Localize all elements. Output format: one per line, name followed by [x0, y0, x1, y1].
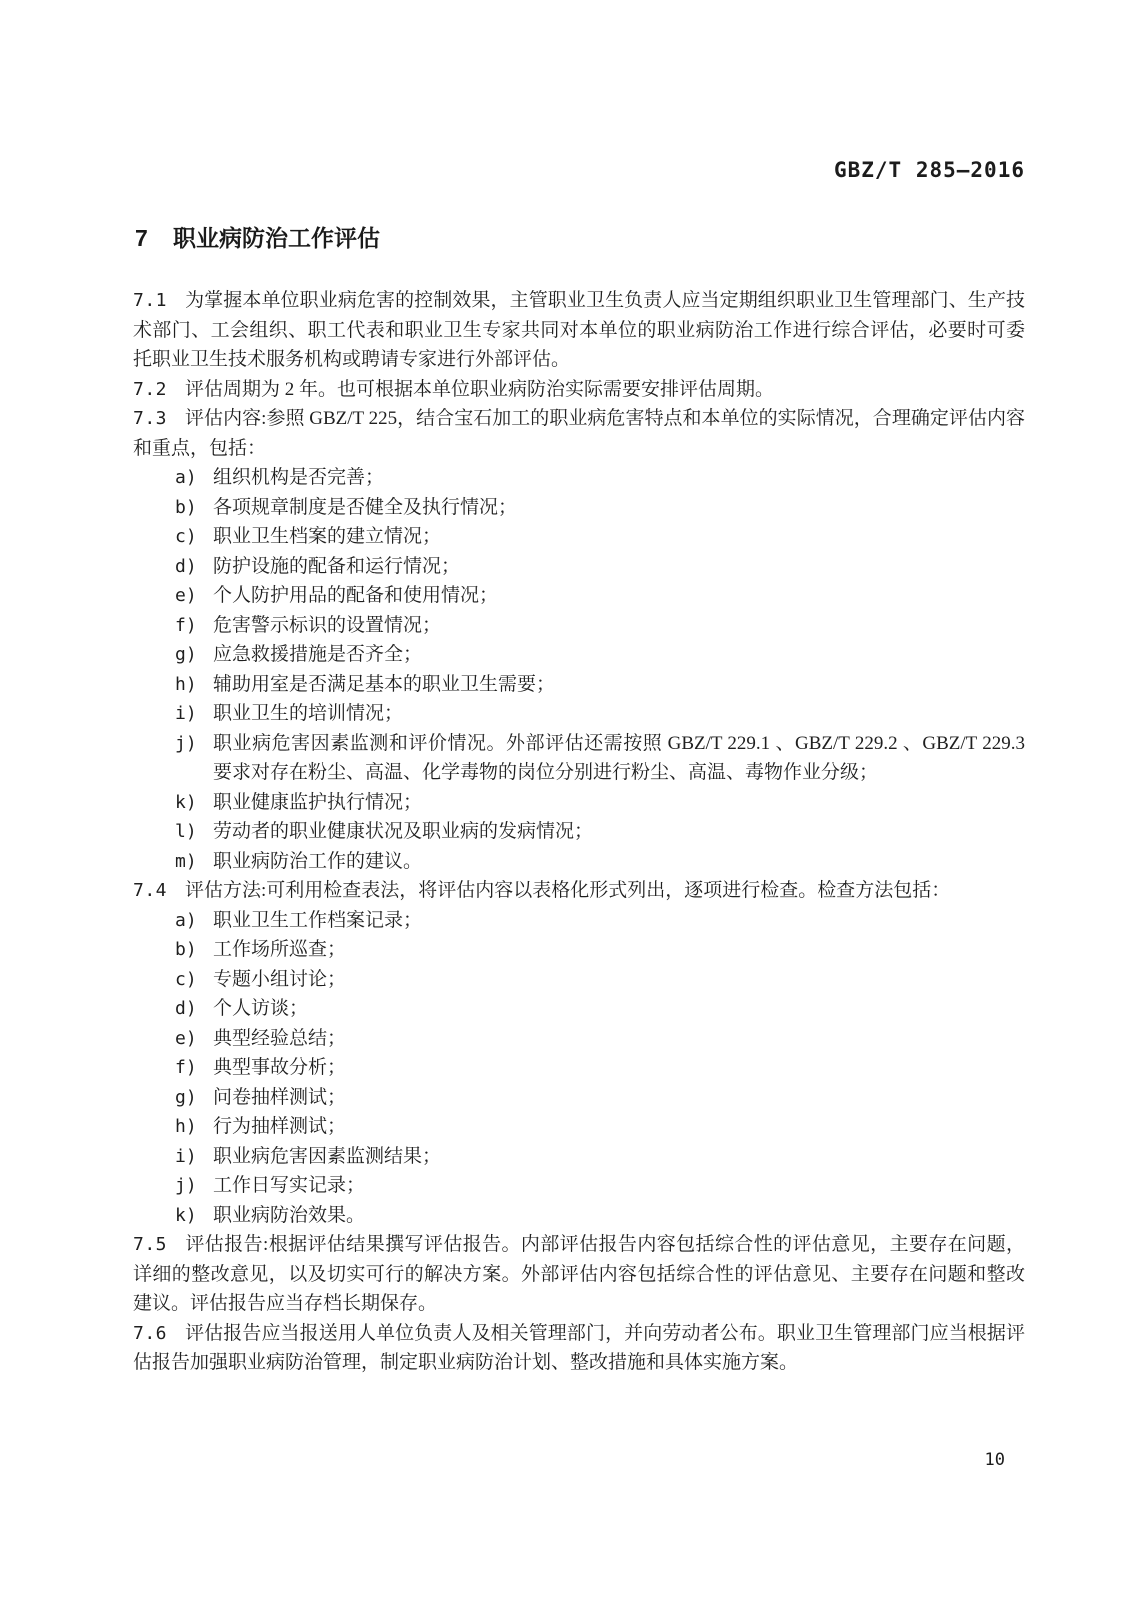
clause-7-5: 7.5评估报告:根据评估结果撰写评估报告。内部评估报告内容包括综合性的评估意见，…	[133, 1230, 1025, 1319]
clause-text: 为掌握本单位职业病危害的控制效果，主管职业卫生负责人应当定期组织职业卫生管理部门…	[133, 290, 1025, 370]
clause-number: 7.1	[133, 286, 185, 316]
list-item: d)个人访谈；	[133, 994, 1025, 1024]
list-item-text: 职业健康监护执行情况；	[213, 792, 422, 813]
list-item: b)各项规章制度是否健全及执行情况；	[133, 493, 1025, 523]
list-item-letter: d)	[175, 552, 197, 582]
list-item-letter: a)	[175, 906, 197, 936]
list-item-text: 职业卫生工作档案记录；	[213, 910, 422, 931]
list-item-letter: k)	[175, 788, 197, 818]
list-item-text: 职业卫生档案的建立情况；	[213, 526, 441, 547]
list-item: g)应急救援措施是否齐全；	[133, 640, 1025, 670]
clause-7-1: 7.1为掌握本单位职业病危害的控制效果，主管职业卫生负责人应当定期组织职业卫生管…	[133, 286, 1025, 375]
list-item: j)职业病危害因素监测和评价情况。外部评估还需按照 GBZ/T 229.1 、G…	[133, 729, 1025, 788]
list-item-letter: h)	[175, 670, 197, 700]
list-item: h)行为抽样测试；	[133, 1112, 1025, 1142]
list-item: l)劳动者的职业健康状况及职业病的发病情况；	[133, 817, 1025, 847]
clause-7-6: 7.6评估报告应当报送用人单位负责人及相关管理部门，并向劳动者公布。职业卫生管理…	[133, 1319, 1025, 1378]
list-item: h)辅助用室是否满足基本的职业卫生需要；	[133, 670, 1025, 700]
list-item-text: 应急救援措施是否齐全；	[213, 644, 422, 665]
section-heading: 7职业病防治工作评估	[135, 220, 380, 253]
list-item: a)职业卫生工作档案记录；	[133, 906, 1025, 936]
list-item-text: 职业病危害因素监测和评价情况。外部评估还需按照 GBZ/T 229.1 、GBZ…	[213, 733, 1025, 784]
list-item-letter: l)	[175, 817, 197, 847]
list-item-letter: d)	[175, 994, 197, 1024]
list-item-letter: b)	[175, 493, 197, 523]
list-item-text: 职业病防治效果。	[213, 1205, 365, 1226]
list-item: m)职业病防治工作的建议。	[133, 847, 1025, 877]
clause-text: 评估周期为 2 年。也可根据本单位职业病防治实际需要安排评估周期。	[185, 379, 774, 400]
list-item-letter: f)	[175, 1053, 197, 1083]
list-item: j)工作日写实记录；	[133, 1171, 1025, 1201]
list-item: b)工作场所巡查；	[133, 935, 1025, 965]
list-item: c)职业卫生档案的建立情况；	[133, 522, 1025, 552]
clause-text: 评估方法:可利用检查表法，将评估内容以表格化形式列出，逐项进行检查。检查方法包括…	[185, 880, 950, 901]
list-item-letter: e)	[175, 1024, 197, 1054]
list-item: g)问卷抽样测试；	[133, 1083, 1025, 1113]
clause-text: 评估内容:参照 GBZ/T 225，结合宝石加工的职业病危害特点和本单位的实际情…	[133, 408, 1025, 459]
list-item: e)典型经验总结；	[133, 1024, 1025, 1054]
list-item-text: 职业病危害因素监测结果；	[213, 1146, 441, 1167]
list-item-text: 个人访谈；	[213, 998, 308, 1019]
list-item-letter: i)	[175, 1142, 197, 1172]
list-item-text: 问卷抽样测试；	[213, 1087, 346, 1108]
list-item-letter: b)	[175, 935, 197, 965]
list-item-letter: j)	[175, 1171, 197, 1201]
clause-7-4: 7.4评估方法:可利用检查表法，将评估内容以表格化形式列出，逐项进行检查。检查方…	[133, 876, 1025, 906]
list-item: i)职业病危害因素监测结果；	[133, 1142, 1025, 1172]
list-item-letter: g)	[175, 640, 197, 670]
list-item: d)防护设施的配备和运行情况；	[133, 552, 1025, 582]
list-item: k)职业病防治效果。	[133, 1201, 1025, 1231]
list-item: f)典型事故分析；	[133, 1053, 1025, 1083]
section-number: 7	[135, 225, 173, 252]
clause-7-4-item-list: a)职业卫生工作档案记录； b)工作场所巡查； c)专题小组讨论； d)个人访谈…	[133, 906, 1025, 1231]
clause-text: 评估报告应当报送用人单位负责人及相关管理部门，并向劳动者公布。职业卫生管理部门应…	[133, 1323, 1025, 1374]
clause-number: 7.4	[133, 876, 185, 906]
standard-code-header: GBZ/T 285—2016	[834, 158, 1025, 182]
list-item: i)职业卫生的培训情况；	[133, 699, 1025, 729]
list-item-text: 工作日写实记录；	[213, 1175, 365, 1196]
document-page: GBZ/T 285—2016 7职业病防治工作评估 7.1为掌握本单位职业病危害…	[0, 0, 1132, 1600]
page-number: 10	[985, 1450, 1005, 1470]
list-item-text: 组织机构是否完善；	[213, 467, 384, 488]
list-item-letter: c)	[175, 522, 197, 552]
list-item-letter: e)	[175, 581, 197, 611]
section-title: 职业病防治工作评估	[173, 225, 380, 251]
list-item-text: 工作场所巡查；	[213, 939, 346, 960]
clause-number: 7.6	[133, 1319, 185, 1349]
list-item-text: 个人防护用品的配备和使用情况；	[213, 585, 498, 606]
clause-text: 评估报告:根据评估结果撰写评估报告。内部评估报告内容包括综合性的评估意见，主要存…	[133, 1234, 1025, 1314]
list-item-text: 辅助用室是否满足基本的职业卫生需要；	[213, 674, 555, 695]
clause-7-3: 7.3评估内容:参照 GBZ/T 225，结合宝石加工的职业病危害特点和本单位的…	[133, 404, 1025, 463]
clause-number: 7.5	[133, 1230, 185, 1260]
list-item: k)职业健康监护执行情况；	[133, 788, 1025, 818]
list-item: e)个人防护用品的配备和使用情况；	[133, 581, 1025, 611]
list-item-text: 典型经验总结；	[213, 1028, 346, 1049]
list-item: c)专题小组讨论；	[133, 965, 1025, 995]
list-item: f)危害警示标识的设置情况；	[133, 611, 1025, 641]
list-item-text: 各项规章制度是否健全及执行情况；	[213, 497, 517, 518]
list-item-letter: k)	[175, 1201, 197, 1231]
list-item-text: 劳动者的职业健康状况及职业病的发病情况；	[213, 821, 593, 842]
list-item-text: 行为抽样测试；	[213, 1116, 346, 1137]
clause-7-3-item-list: a)组织机构是否完善； b)各项规章制度是否健全及执行情况； c)职业卫生档案的…	[133, 463, 1025, 876]
list-item-letter: j)	[175, 729, 197, 759]
clause-number: 7.2	[133, 375, 185, 405]
clause-7-2: 7.2评估周期为 2 年。也可根据本单位职业病防治实际需要安排评估周期。	[133, 375, 1025, 405]
list-item-letter: g)	[175, 1083, 197, 1113]
list-item-text: 职业卫生的培训情况；	[213, 703, 403, 724]
list-item-letter: i)	[175, 699, 197, 729]
list-item-letter: h)	[175, 1112, 197, 1142]
list-item-text: 职业病防治工作的建议。	[213, 851, 422, 872]
list-item-letter: f)	[175, 611, 197, 641]
document-body: 7.1为掌握本单位职业病危害的控制效果，主管职业卫生负责人应当定期组织职业卫生管…	[133, 286, 1025, 1378]
list-item-letter: c)	[175, 965, 197, 995]
list-item-text: 危害警示标识的设置情况；	[213, 615, 441, 636]
list-item-letter: a)	[175, 463, 197, 493]
list-item-text: 专题小组讨论；	[213, 969, 346, 990]
list-item: a)组织机构是否完善；	[133, 463, 1025, 493]
clause-number: 7.3	[133, 404, 185, 434]
list-item-letter: m)	[175, 847, 197, 877]
list-item-text: 典型事故分析；	[213, 1057, 346, 1078]
list-item-text: 防护设施的配备和运行情况；	[213, 556, 460, 577]
